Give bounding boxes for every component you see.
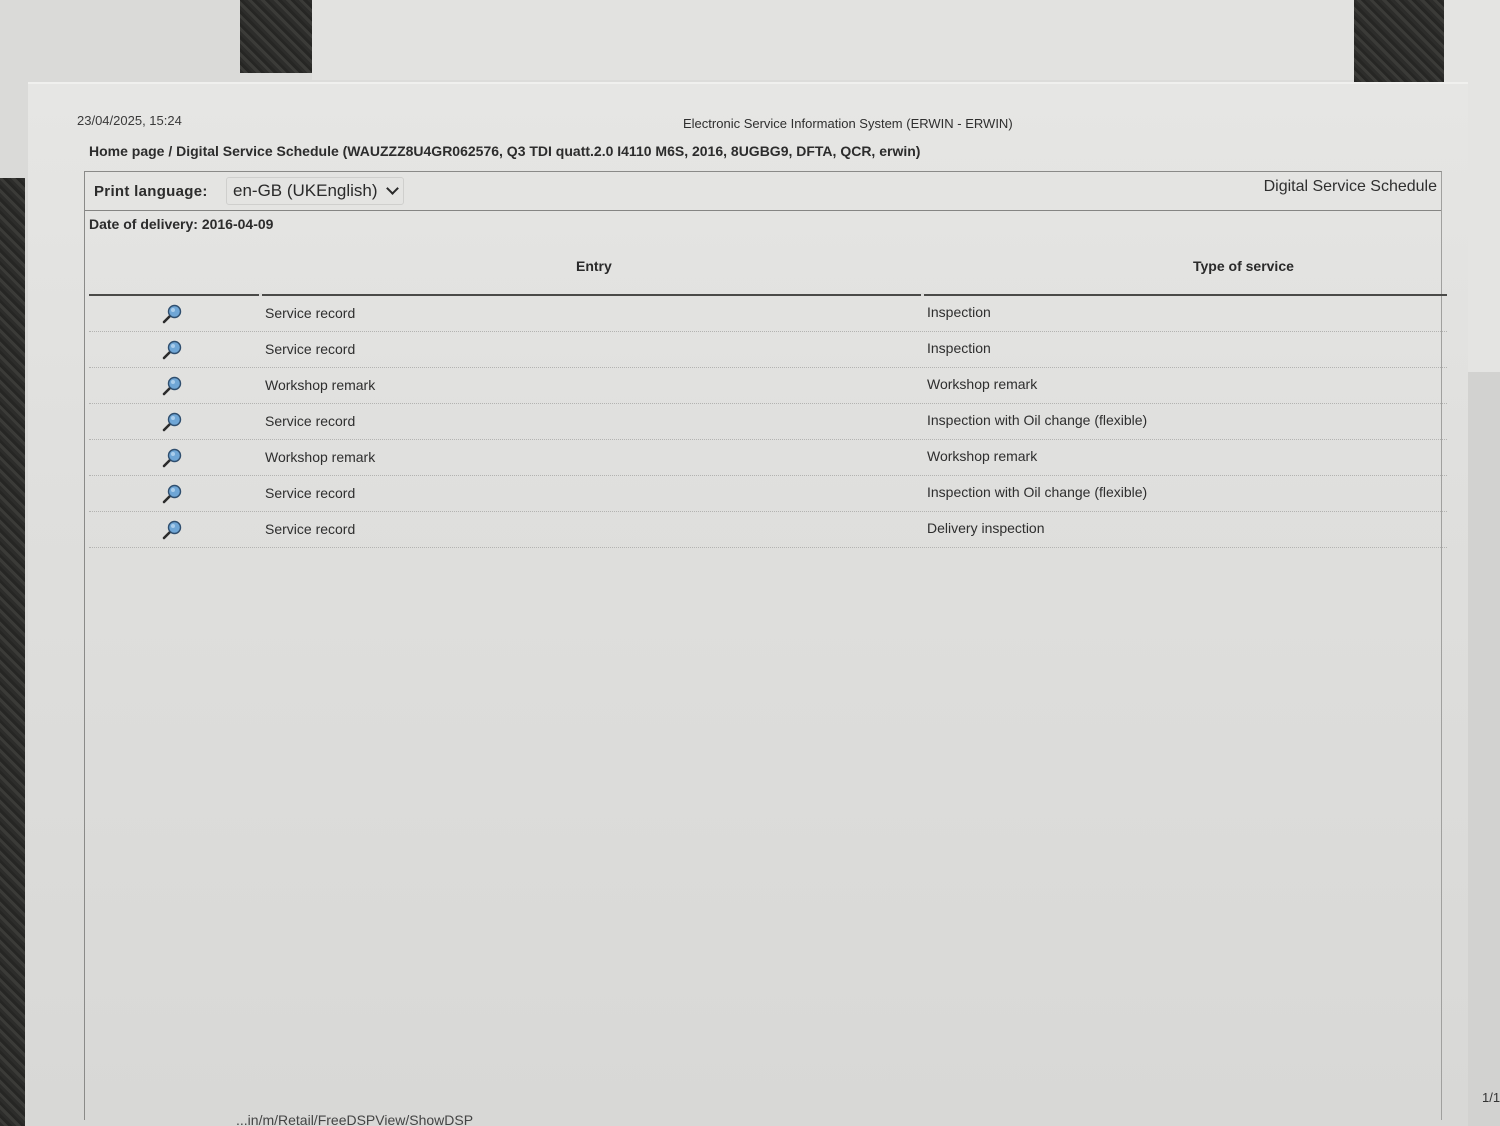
entry-cell: Workshop remark: [265, 449, 375, 465]
print-language-label: Print language:: [94, 183, 208, 200]
service-schedule-panel: Print language: en-GB (UKEnglish) Digita…: [84, 171, 1442, 1120]
type-of-service-cell: Delivery inspection: [927, 520, 1045, 536]
print-datetime: 23/04/2025, 15:24: [77, 113, 182, 128]
magnifier-icon[interactable]: [161, 339, 183, 361]
entry-cell: Service record: [265, 305, 355, 321]
magnifier-icon[interactable]: [161, 411, 183, 433]
table-row[interactable]: Service record Delivery inspection: [89, 512, 1447, 548]
type-of-service-cell: Inspection with Oil change (flexible): [927, 484, 1147, 500]
table-row[interactable]: Service record Inspection with Oil chang…: [89, 476, 1447, 512]
print-language-value: en-GB (UKEnglish): [233, 181, 378, 201]
date-of-delivery: Date of delivery: 2016-04-09: [89, 216, 273, 232]
background-carpet: [240, 0, 312, 73]
system-title: Electronic Service Information System (E…: [683, 116, 1013, 131]
panel-toolbar: Print language: en-GB (UKEnglish) Digita…: [85, 172, 1441, 211]
type-of-service-cell: Inspection with Oil change (flexible): [927, 412, 1147, 428]
panel-title: Digital Service Schedule: [1264, 178, 1437, 196]
page-number: 1/1: [1482, 1090, 1500, 1105]
background-carpet: [0, 178, 25, 1126]
type-of-service-cell: Workshop remark: [927, 448, 1037, 464]
printed-page: 23/04/2025, 15:24 Electronic Service Inf…: [28, 82, 1468, 1126]
table-header: Entry Type of service: [89, 242, 1447, 296]
breadcrumb[interactable]: Home page / Digital Service Schedule (WA…: [89, 143, 920, 159]
chevron-down-icon: [386, 182, 399, 195]
table-row[interactable]: Service record Inspection: [89, 296, 1447, 332]
background-carpet: [1354, 0, 1444, 91]
type-of-service-cell: Inspection: [927, 340, 991, 356]
magnifier-icon[interactable]: [161, 519, 183, 541]
entry-cell: Service record: [265, 413, 355, 429]
column-header-type-of-service: Type of service: [1193, 258, 1294, 274]
type-of-service-cell: Inspection: [927, 304, 991, 320]
table-row[interactable]: Service record Inspection with Oil chang…: [89, 404, 1447, 440]
type-of-service-cell: Workshop remark: [927, 376, 1037, 392]
background-sheet-top: [312, 0, 1354, 80]
magnifier-icon[interactable]: [161, 483, 183, 505]
magnifier-icon[interactable]: [161, 303, 183, 325]
entry-cell: Service record: [265, 485, 355, 501]
table-row[interactable]: Workshop remark Workshop remark: [89, 368, 1447, 404]
entry-cell: Service record: [265, 521, 355, 537]
entry-cell: Workshop remark: [265, 377, 375, 393]
service-schedule-table: Entry Type of service Service record Ins…: [89, 242, 1447, 548]
table-body: Service record Inspection Service record…: [89, 296, 1447, 548]
entry-cell: Service record: [265, 341, 355, 357]
column-header-entry: Entry: [576, 258, 612, 274]
magnifier-icon[interactable]: [161, 447, 183, 469]
magnifier-icon[interactable]: [161, 375, 183, 397]
table-row[interactable]: Workshop remark Workshop remark: [89, 440, 1447, 476]
table-row[interactable]: Service record Inspection: [89, 332, 1447, 368]
print-language-select[interactable]: en-GB (UKEnglish): [226, 177, 404, 205]
footer-url: ...in/m/Retail/FreeDSPView/ShowDSP: [236, 1112, 473, 1126]
